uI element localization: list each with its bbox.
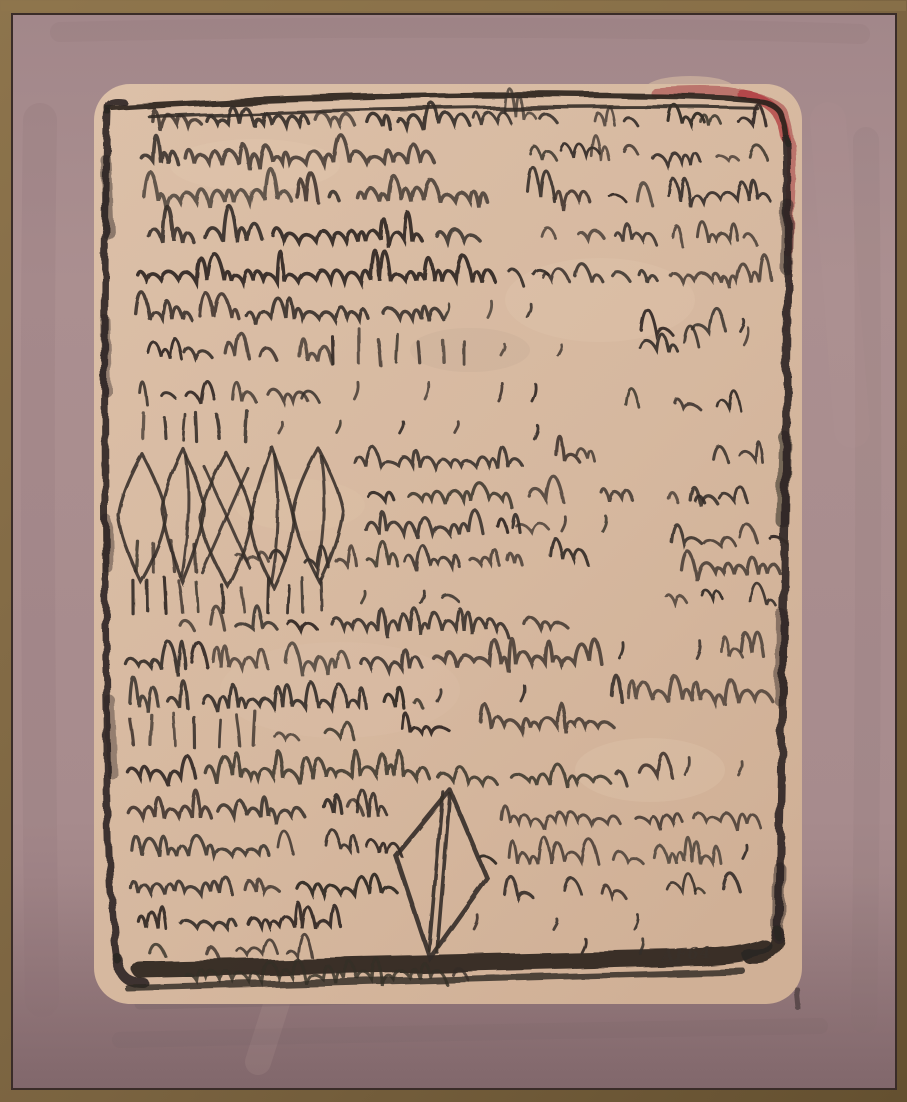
artist-signature: AF64 bbox=[659, 943, 712, 966]
artwork-photo: AF64 bbox=[0, 0, 907, 1102]
abstract-painting: AF64 bbox=[0, 0, 907, 1102]
